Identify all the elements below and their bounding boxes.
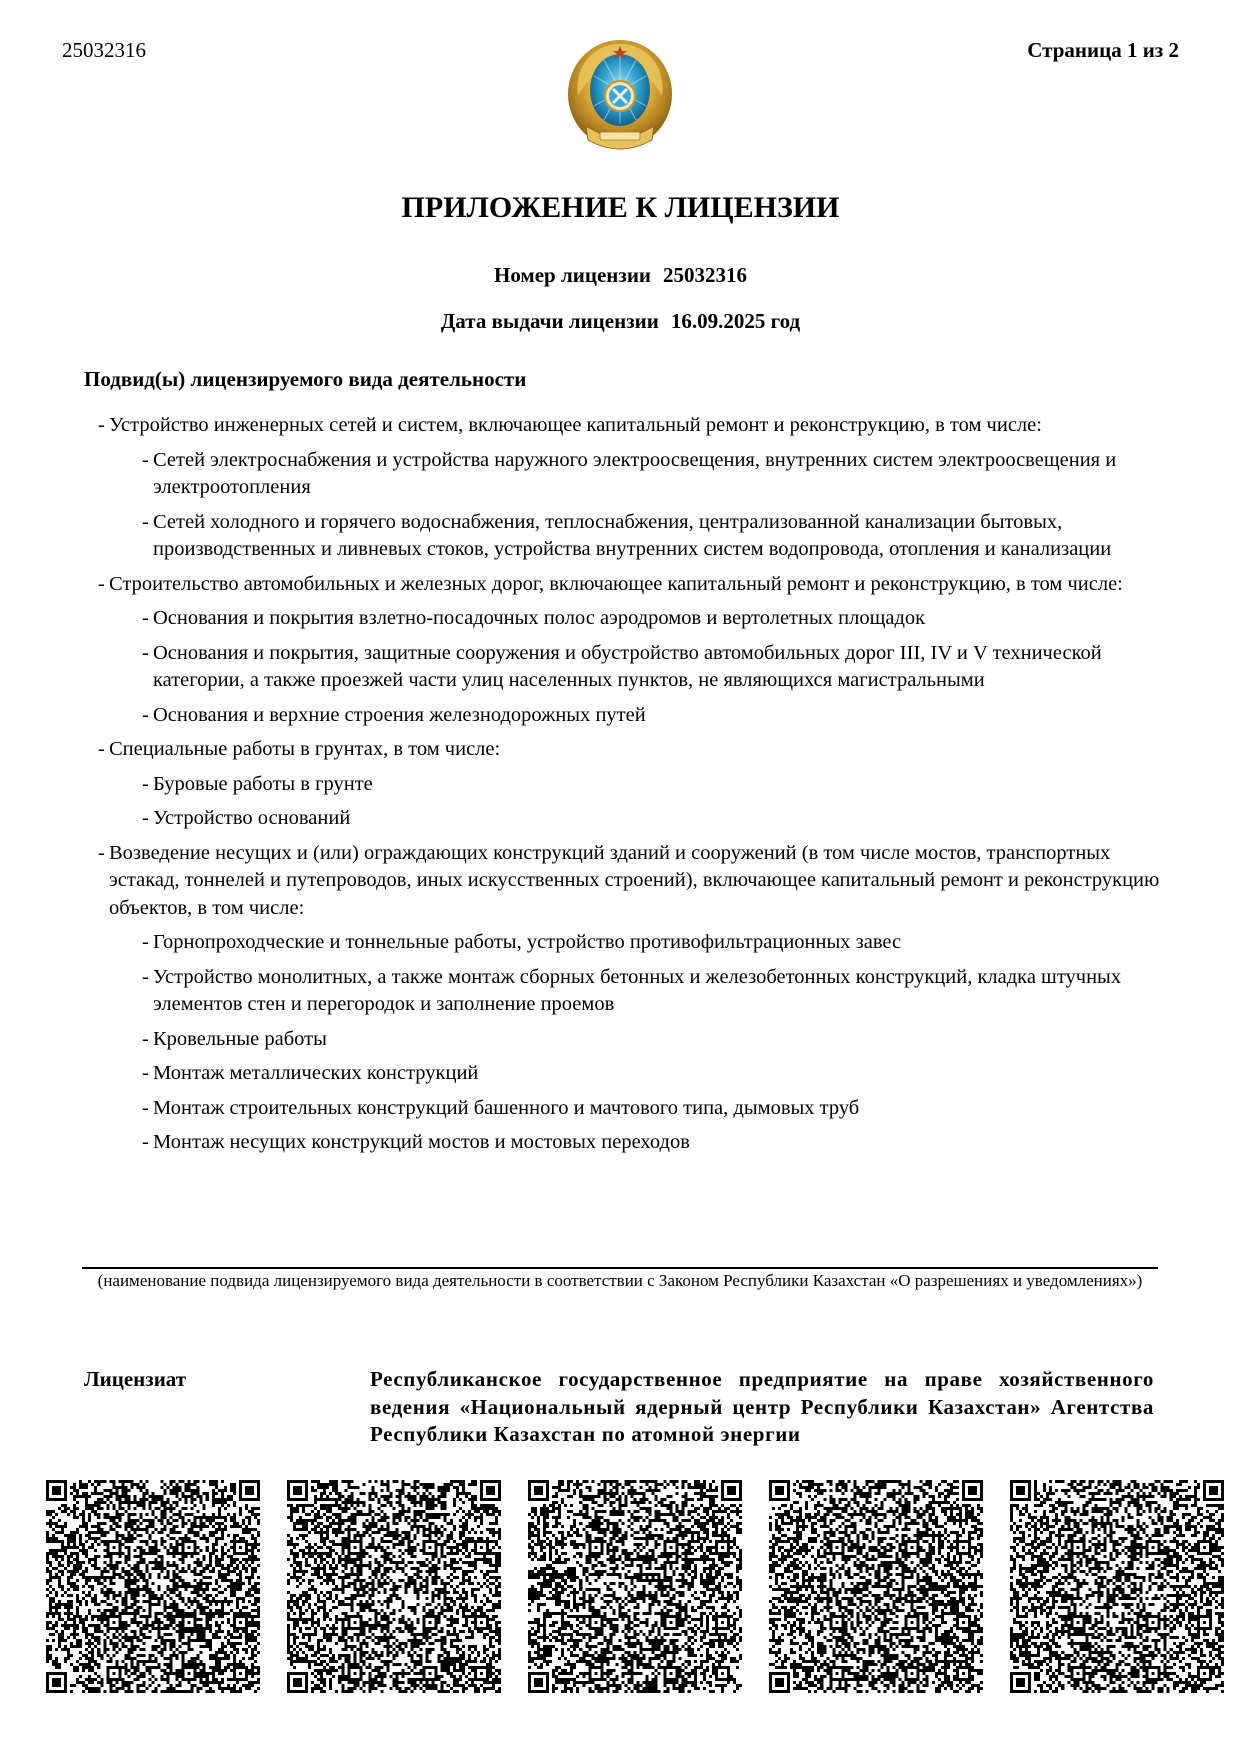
activity-subitem: -Буровые работы в грунте <box>0 771 1241 799</box>
activity-text: Сетей холодного и горячего водоснабжения… <box>153 511 1111 561</box>
licensee-label: Лицензиат <box>84 1366 186 1393</box>
activity-subitem: -Монтаж строительных конструкций башенно… <box>0 1095 1241 1123</box>
activity-item: -Устройство инженерных сетей и систем, в… <box>0 412 1241 440</box>
bullet-dash-icon: - <box>142 964 149 992</box>
activity-subitem: -Устройство оснований <box>0 805 1241 833</box>
activity-text: Строительство автомобильных и железных д… <box>109 573 1123 595</box>
bullet-dash-icon: - <box>142 447 149 475</box>
divider-line <box>82 1267 1158 1269</box>
bullet-dash-icon: - <box>98 571 105 599</box>
activity-text: Устройство монолитных, а также монтаж сб… <box>153 966 1121 1016</box>
bullet-dash-icon: - <box>98 736 105 764</box>
document-number: 25032316 <box>62 38 146 62</box>
activity-text: Кровельные работы <box>153 1028 327 1050</box>
bullet-dash-icon: - <box>142 605 149 633</box>
qr-code-4 <box>769 1480 983 1693</box>
activity-item: -Строительство автомобильных и железных … <box>0 571 1241 599</box>
bullet-dash-icon: - <box>142 929 149 957</box>
activity-subitem: -Сетей электроснабжения и устройства нар… <box>0 447 1241 502</box>
license-number-value: 25032316 <box>663 263 747 287</box>
qr-code-1 <box>46 1480 260 1693</box>
activity-subitem: -Горнопроходческие и тоннельные работы, … <box>0 929 1241 957</box>
page-title: ПРИЛОЖЕНИЕ К ЛИЦЕНЗИИ <box>0 190 1241 226</box>
activity-subitem: -Устройство монолитных, а также монтаж с… <box>0 964 1241 1019</box>
activity-text: Возведение несущих и (или) ограждающих к… <box>109 842 1159 919</box>
state-emblem-icon <box>564 36 676 158</box>
issue-date-line: Дата выдачи лицензии16.09.2025 год <box>0 308 1241 334</box>
license-number-line: Номер лицензии25032316 <box>0 262 1241 288</box>
activity-subitem: -Основания и покрытия, защитные сооружен… <box>0 640 1241 695</box>
bullet-dash-icon: - <box>142 640 149 668</box>
section-heading: Подвид(ы) лицензируемого вида деятельнос… <box>84 366 526 392</box>
bullet-dash-icon: - <box>142 1129 149 1157</box>
activity-text: Монтаж металлических конструкций <box>153 1062 478 1084</box>
activity-text: Устройство оснований <box>153 807 350 829</box>
activity-text: Основания и покрытия взлетно-посадочных … <box>153 607 925 629</box>
bullet-dash-icon: - <box>142 509 149 537</box>
activity-list: -Устройство инженерных сетей и систем, в… <box>0 412 1241 1164</box>
qr-code-5 <box>1010 1480 1224 1693</box>
bullet-dash-icon: - <box>142 805 149 833</box>
activity-text: Монтаж строительных конструкций башенног… <box>153 1097 859 1119</box>
activity-text: Сетей электроснабжения и устройства нару… <box>153 449 1116 499</box>
activity-item: -Специальные работы в грунтах, в том чис… <box>0 736 1241 764</box>
bullet-dash-icon: - <box>98 412 105 440</box>
activity-subitem: -Основания и верхние строения железнодор… <box>0 702 1241 730</box>
bullet-dash-icon: - <box>142 1026 149 1054</box>
qr-code-row <box>46 1480 1206 1694</box>
qr-code-2 <box>287 1480 501 1693</box>
activity-text: Горнопроходческие и тоннельные работы, у… <box>153 931 901 953</box>
activity-subitem: -Кровельные работы <box>0 1026 1241 1054</box>
bullet-dash-icon: - <box>142 1060 149 1088</box>
bullet-dash-icon: - <box>142 702 149 730</box>
license-number-label: Номер лицензии <box>494 263 651 287</box>
bullet-dash-icon: - <box>142 771 149 799</box>
issue-date-label: Дата выдачи лицензии <box>441 309 659 333</box>
activity-item: -Возведение несущих и (или) ограждающих … <box>0 840 1241 923</box>
activity-subitem: -Монтаж несущих конструкций мостов и мос… <box>0 1129 1241 1157</box>
issue-date-value: 16.09.2025 год <box>671 309 800 333</box>
activity-text: Основания и верхние строения железнодоро… <box>153 704 646 726</box>
activity-subitem: -Сетей холодного и горячего водоснабжени… <box>0 509 1241 564</box>
footnote: (наименование подвида лицензируемого вид… <box>82 1270 1158 1292</box>
activity-text: Специальные работы в грунтах, в том числ… <box>109 738 500 760</box>
qr-code-3 <box>528 1480 742 1693</box>
licensee-name: Республиканское государственное предприя… <box>370 1366 1154 1449</box>
activity-text: Монтаж несущих конструкций мостов и мост… <box>153 1131 690 1153</box>
activity-text: Устройство инженерных сетей и систем, вк… <box>109 414 1042 436</box>
bullet-dash-icon: - <box>98 840 105 868</box>
activity-subitem: -Монтаж металлических конструкций <box>0 1060 1241 1088</box>
activity-text: Основания и покрытия, защитные сооружени… <box>153 642 1102 692</box>
activity-text: Буровые работы в грунте <box>153 773 373 795</box>
page-indicator: Страница 1 из 2 <box>1027 38 1179 62</box>
bullet-dash-icon: - <box>142 1095 149 1123</box>
activity-subitem: -Основания и покрытия взлетно-посадочных… <box>0 605 1241 633</box>
